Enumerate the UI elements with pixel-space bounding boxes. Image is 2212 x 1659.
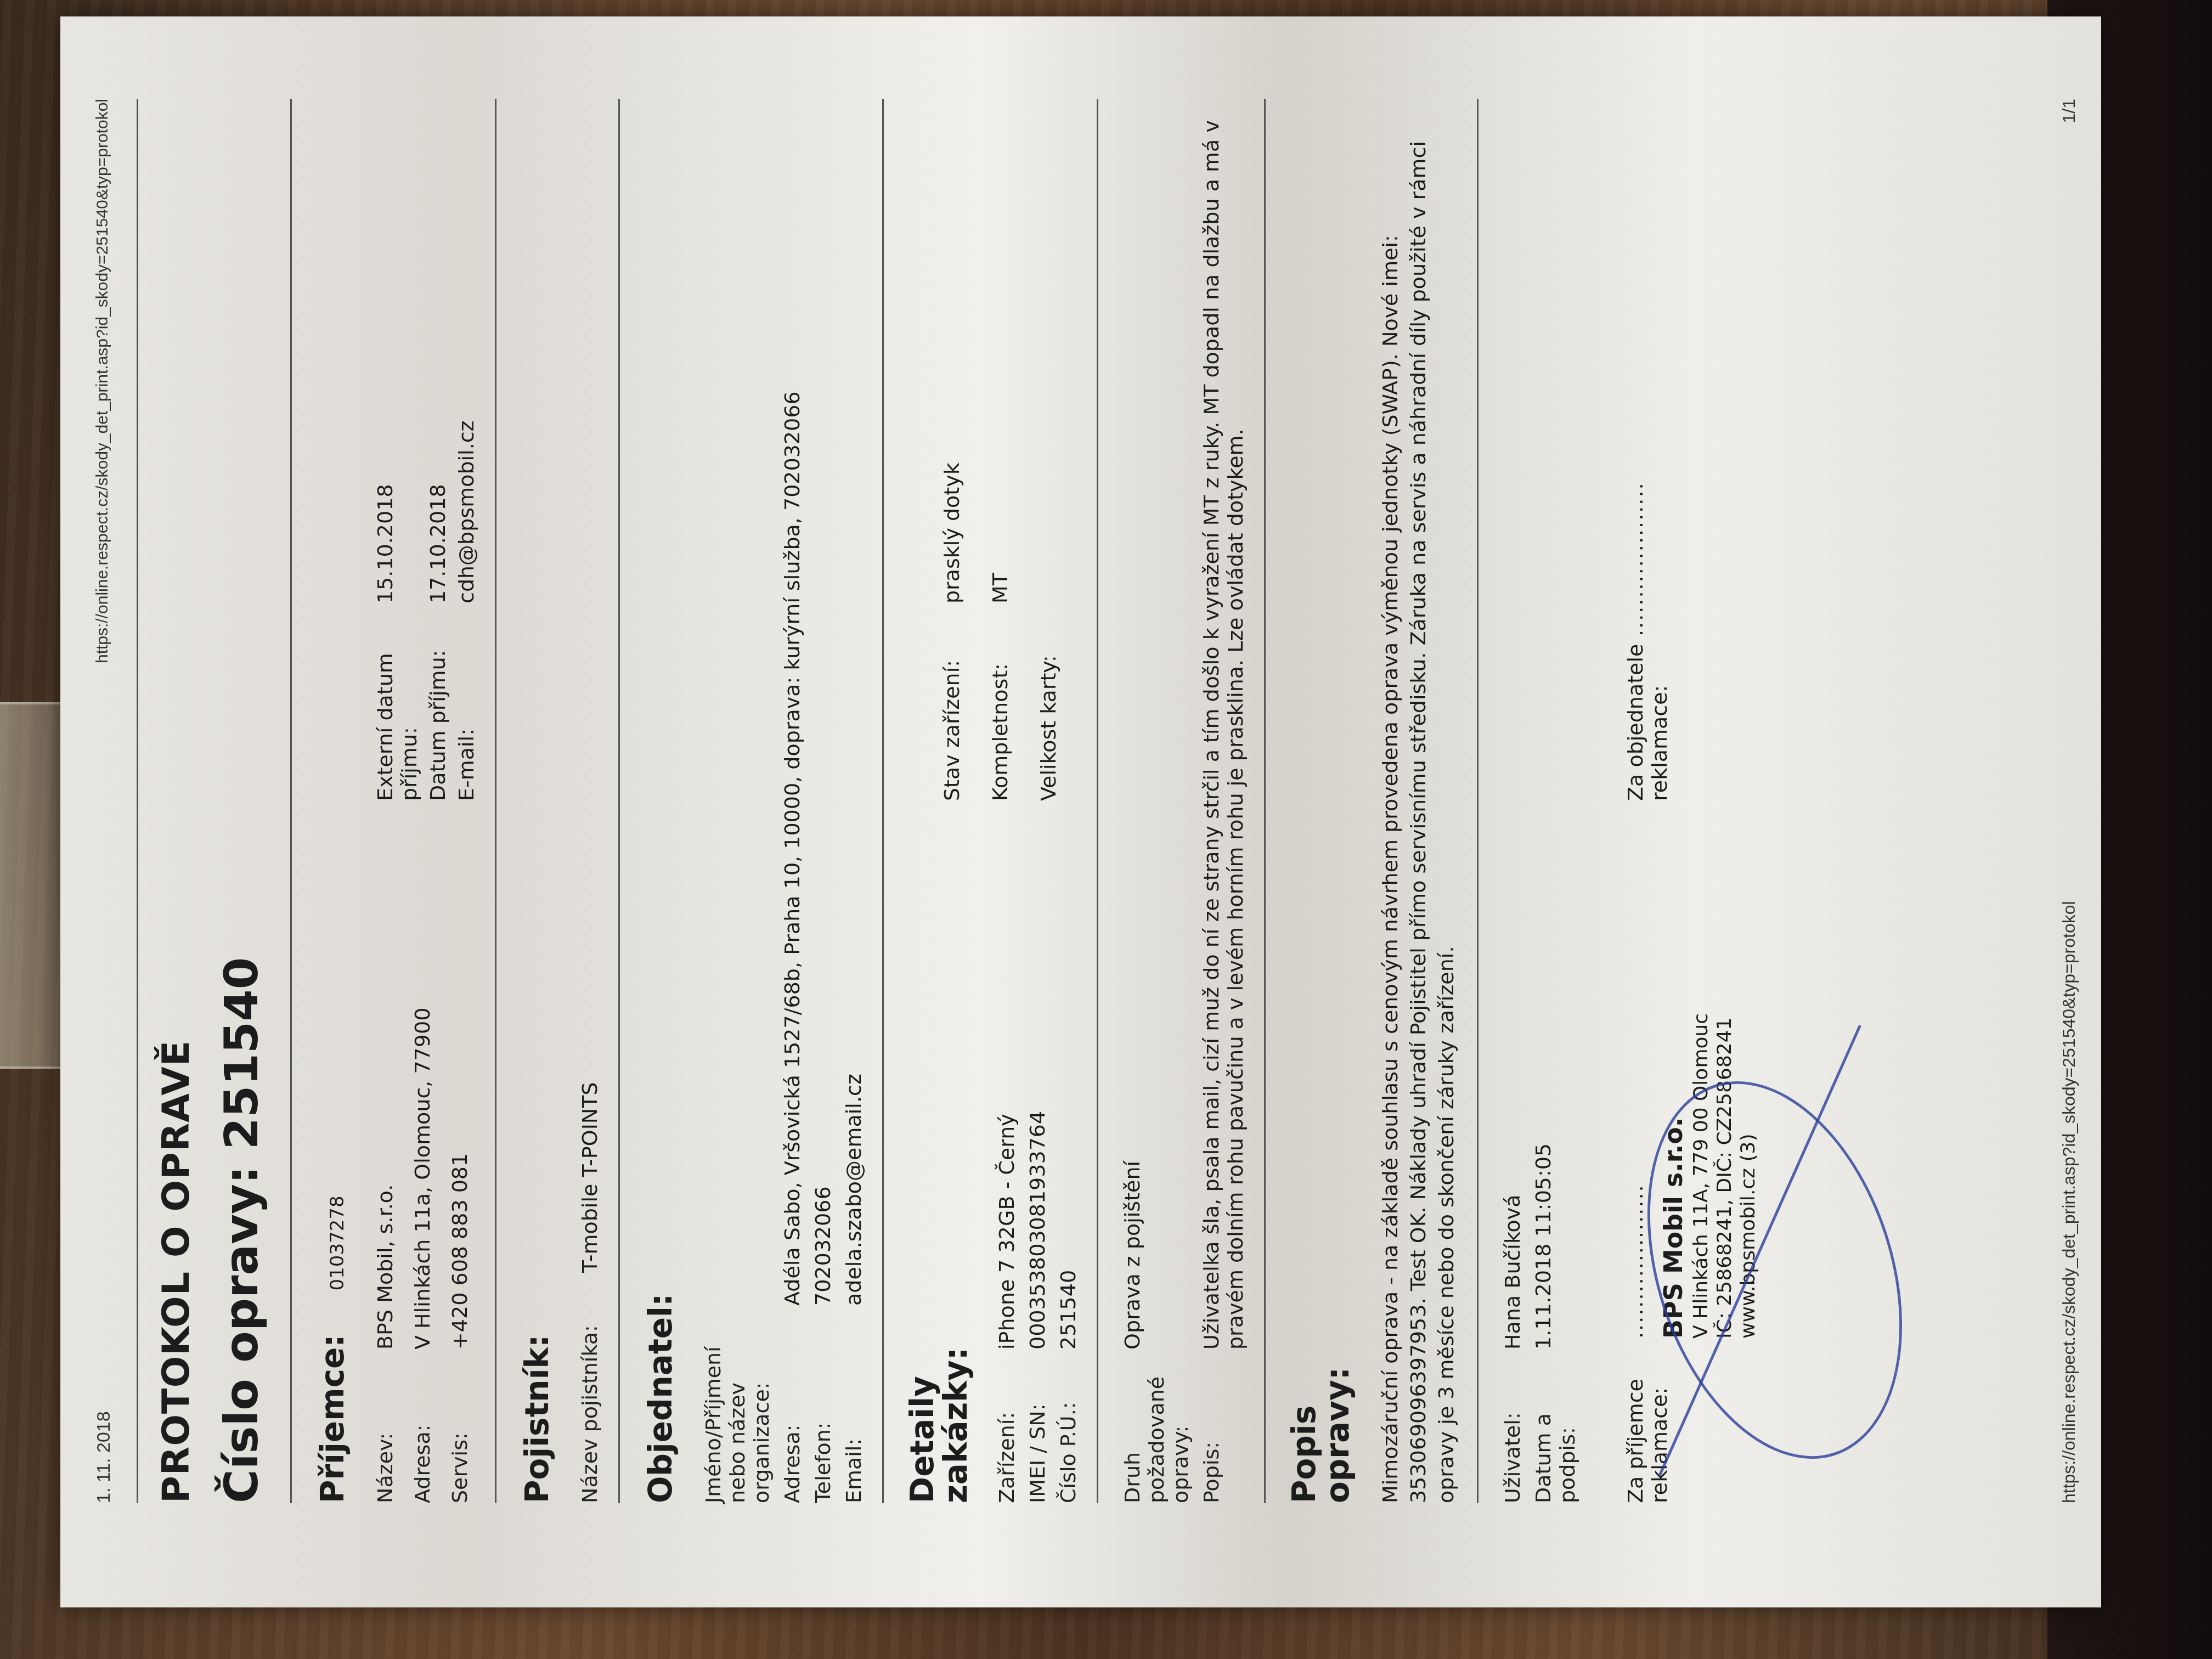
- customer-address: Adéla Sabo, Vršovická 1527/68b, Praha 10…: [780, 99, 804, 1306]
- customer-phone: 702032066: [811, 99, 835, 1306]
- repair-description-section: Popis opravy: Mimozáruční oprava - na zá…: [1266, 99, 1479, 1503]
- repair-number: Číslo opravy: 251540: [215, 99, 268, 1503]
- device-condition: prasklý dotyk: [940, 99, 984, 603]
- order-details-section: Detaily zakázky: Zařízení: iPhone 7 32GB…: [884, 99, 1098, 1503]
- imei: 000353803081933764: [1025, 801, 1049, 1350]
- recipient-section: Příjemce: 01037278 Název: BPS Mobil, s.r…: [292, 99, 496, 1503]
- insurer-section: Pojistník: Název pojistníka: T-mobile T-…: [496, 99, 620, 1503]
- user-name: Hana Bučíková: [1500, 99, 1525, 1350]
- recipient-id: 01037278: [326, 1195, 348, 1290]
- document-title: PROTOKOL O OPRAVĚ: [155, 99, 198, 1503]
- repair-request-section: Druh požadované opravy: Oprava z pojiště…: [1098, 99, 1266, 1503]
- title-block: PROTOKOL O OPRAVĚ Číslo opravy: 251540: [137, 99, 292, 1503]
- print-url: https://online.respect.cz/skody_det_prin…: [93, 99, 115, 663]
- customer-email: adela.szabo@email.cz: [842, 99, 866, 1306]
- print-header: 1. 11. 2018 https://online.respect.cz/sk…: [93, 99, 115, 1503]
- repair-protocol-document: 1. 11. 2018 https://online.respect.cz/sk…: [60, 16, 2101, 1607]
- section-title: Příjemce:: [314, 1334, 351, 1503]
- print-date: 1. 11. 2018: [93, 1411, 115, 1503]
- external-receipt-date: 15.10.2018: [373, 99, 421, 603]
- claim-number: 251540: [1056, 801, 1080, 1350]
- receipt-date: 17.10.2018: [426, 99, 450, 603]
- signature-date: 1.11.2018 11:05:05: [1531, 99, 1579, 1350]
- recipient-address: V Hlinkách 11a, Olomouc, 77900: [410, 801, 441, 1350]
- insurer-name: T-mobile T-POINTS: [578, 99, 602, 1273]
- page-indicator: 1/1: [2059, 99, 2079, 123]
- recipient-email: cdh@bpsmobil.cz: [454, 99, 478, 603]
- signature-block: Uživatel: Hana Bučíková Datum a podpis: …: [1500, 99, 1579, 1503]
- customer-section: Objednatel: Jméno/Příjmení nebo název or…: [620, 99, 884, 1503]
- damage-description: Uživatelka šla, psala mail, cizí muž do …: [1199, 99, 1248, 1350]
- footer-url: https://online.respect.cz/skody_det_prin…: [2059, 901, 2079, 1503]
- repair-type: Oprava z pojištění: [1120, 99, 1193, 1350]
- print-footer: https://online.respect.cz/skody_det_prin…: [2059, 99, 2079, 1503]
- card-size: [1036, 99, 1080, 603]
- recipient-service-phone: +420 608 883 081: [448, 801, 478, 1350]
- device: iPhone 7 32GB - Černý: [995, 801, 1019, 1350]
- recipient-name: BPS Mobil, s.r.o.: [373, 801, 404, 1350]
- completeness: MT: [988, 99, 1032, 603]
- repair-description-text: Mimozáruční oprava - na základě souhlasu…: [1376, 99, 1461, 1503]
